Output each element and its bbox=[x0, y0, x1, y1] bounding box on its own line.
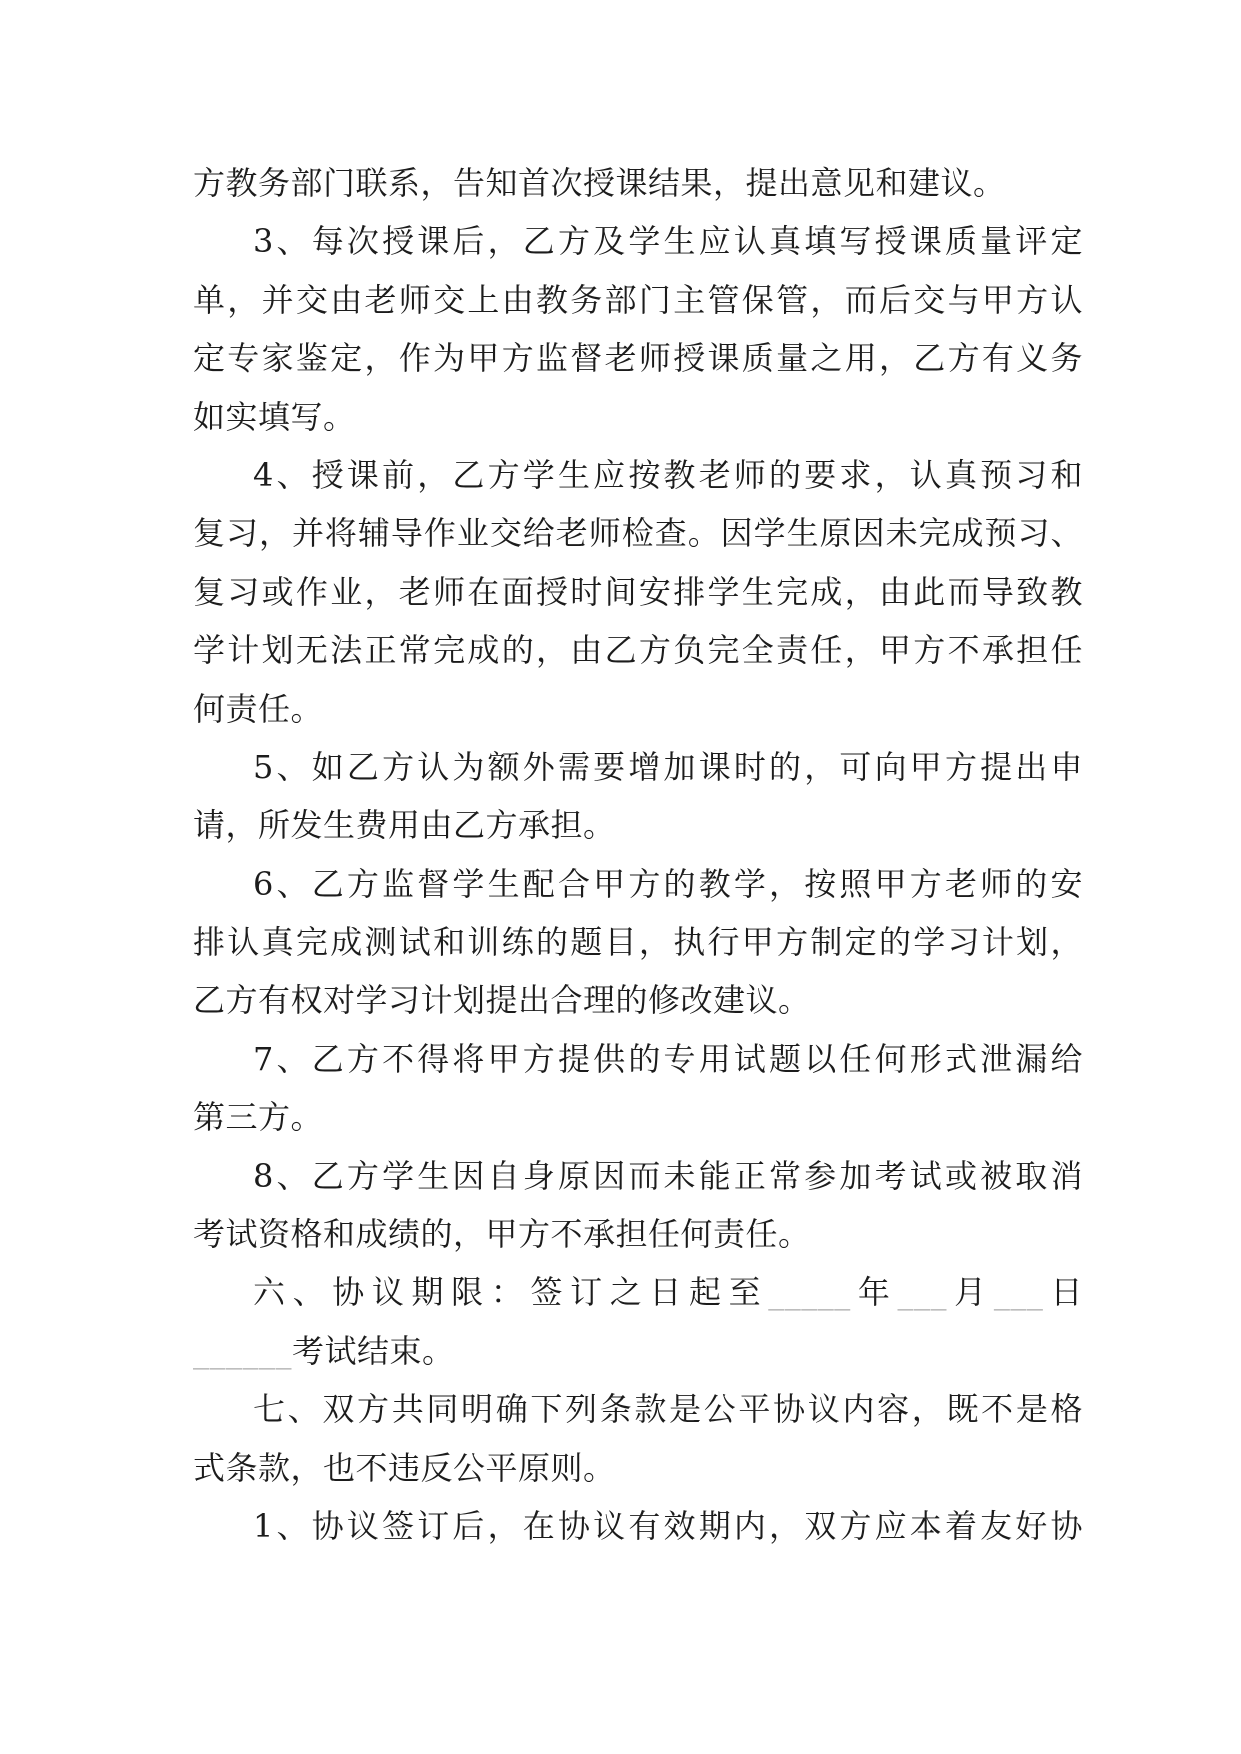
blank-underline: ___ bbox=[898, 1273, 948, 1311]
text-line: 请，所发生费用由乙方承担。 bbox=[193, 796, 1083, 854]
text-run: 考试资格和成绩的，甲方不承担任何责任。 bbox=[193, 1215, 811, 1253]
text-run: 式条款，也不违反公平原则。 bbox=[193, 1449, 616, 1487]
document-body: 方教务部门联系，告知首次授课结果，提出意见和建议。3、每次授课后，乙方及学生应认… bbox=[193, 154, 1083, 1555]
text-run: 年 bbox=[851, 1273, 898, 1311]
text-run: 第三方。 bbox=[193, 1098, 323, 1136]
text-line: 6、乙方监督学生配合甲方的教学，按照甲方老师的安 bbox=[193, 855, 1083, 913]
text-line: 第三方。 bbox=[193, 1088, 1083, 1146]
text-line: 学计划无法正常完成的，由乙方负完全责任，甲方不承担任 bbox=[193, 621, 1083, 679]
text-run: 4、授课前，乙方学生应按教老师的要求，认真预习和 bbox=[253, 456, 1083, 494]
text-run: 何责任。 bbox=[193, 690, 323, 728]
text-line: 式条款，也不违反公平原则。 bbox=[193, 1439, 1083, 1497]
text-run: 单，并交由老师交上由教务部门主管保管，而后交与甲方认 bbox=[193, 281, 1083, 319]
text-line: 方教务部门联系，告知首次授课结果，提出意见和建议。 bbox=[193, 154, 1083, 212]
text-line: 8、乙方学生因自身原因而未能正常参加考试或被取消 bbox=[193, 1147, 1083, 1205]
text-run: 方教务部门联系，告知首次授课结果，提出意见和建议。 bbox=[193, 164, 1006, 202]
text-run: 考试结束。 bbox=[292, 1332, 455, 1370]
text-run: 复习，并将辅导作业交给老师检查。因学生原因未完成预习、 bbox=[193, 514, 1083, 552]
text-run: 月 bbox=[947, 1273, 994, 1311]
text-line: 复习或作业，老师在面授时间安排学生完成，由此而导致教 bbox=[193, 563, 1083, 621]
text-run: 8、乙方学生因自身原因而未能正常参加考试或被取消 bbox=[253, 1157, 1083, 1195]
text-line: 4、授课前，乙方学生应按教老师的要求，认真预习和 bbox=[193, 446, 1083, 504]
text-line: 如实填写。 bbox=[193, 388, 1083, 446]
text-run: 1、协议签订后，在协议有效期内，双方应本着友好协 bbox=[253, 1507, 1083, 1545]
text-run: 乙方有权对学习计划提出合理的修改建议。 bbox=[193, 981, 811, 1019]
blank-underline: ______ bbox=[193, 1332, 292, 1370]
text-line: 单，并交由老师交上由教务部门主管保管，而后交与甲方认 bbox=[193, 271, 1083, 329]
text-run: 6、乙方监督学生配合甲方的教学，按照甲方老师的安 bbox=[253, 865, 1083, 903]
text-line: 5、如乙方认为额外需要增加课时的，可向甲方提出申 bbox=[193, 738, 1083, 796]
text-run: 七、双方共同明确下列条款是公平协议内容，既不是格 bbox=[253, 1390, 1083, 1428]
text-line: 3、每次授课后，乙方及学生应认真填写授课质量评定 bbox=[193, 212, 1083, 270]
text-run: 排认真完成测试和训练的题目，执行甲方制定的学习计划， bbox=[193, 923, 1083, 961]
text-run: 日 bbox=[1043, 1273, 1083, 1311]
text-run: 复习或作业，老师在面授时间安排学生完成，由此而导致教 bbox=[193, 573, 1083, 611]
text-line: 排认真完成测试和训练的题目，执行甲方制定的学习计划， bbox=[193, 913, 1083, 971]
text-line: 何责任。 bbox=[193, 680, 1083, 738]
text-run: 3、每次授课后，乙方及学生应认真填写授课质量评定 bbox=[253, 222, 1083, 260]
document-page: 方教务部门联系，告知首次授课结果，提出意见和建议。3、每次授课后，乙方及学生应认… bbox=[0, 0, 1241, 1754]
text-line: 定专家鉴定，作为甲方监督老师授课质量之用，乙方有义务 bbox=[193, 329, 1083, 387]
blank-underline: ___ bbox=[994, 1273, 1044, 1311]
text-run: 5、如乙方认为额外需要增加课时的，可向甲方提出申 bbox=[253, 748, 1083, 786]
text-line: 考试资格和成绩的，甲方不承担任何责任。 bbox=[193, 1205, 1083, 1263]
text-line: 1、协议签订后，在协议有效期内，双方应本着友好协 bbox=[193, 1497, 1083, 1555]
text-run: 六、协议期限：签订之日起至 bbox=[253, 1273, 768, 1311]
text-line: 乙方有权对学习计划提出合理的修改建议。 bbox=[193, 971, 1083, 1029]
text-line: 六、协议期限：签订之日起至_____年___月___日 bbox=[193, 1263, 1083, 1321]
text-line: 7、乙方不得将甲方提供的专用试题以任何形式泄漏给 bbox=[193, 1030, 1083, 1088]
blank-underline: _____ bbox=[768, 1273, 851, 1311]
text-run: 定专家鉴定，作为甲方监督老师授课质量之用，乙方有义务 bbox=[193, 339, 1083, 377]
text-line: 复习，并将辅导作业交给老师检查。因学生原因未完成预习、 bbox=[193, 504, 1083, 562]
text-run: 请，所发生费用由乙方承担。 bbox=[193, 806, 616, 844]
text-line: 七、双方共同明确下列条款是公平协议内容，既不是格 bbox=[193, 1380, 1083, 1438]
text-run: 如实填写。 bbox=[193, 398, 356, 436]
text-run: 学计划无法正常完成的，由乙方负完全责任，甲方不承担任 bbox=[193, 631, 1083, 669]
text-run: 7、乙方不得将甲方提供的专用试题以任何形式泄漏给 bbox=[253, 1040, 1083, 1078]
text-line: ______考试结束。 bbox=[193, 1322, 1083, 1380]
